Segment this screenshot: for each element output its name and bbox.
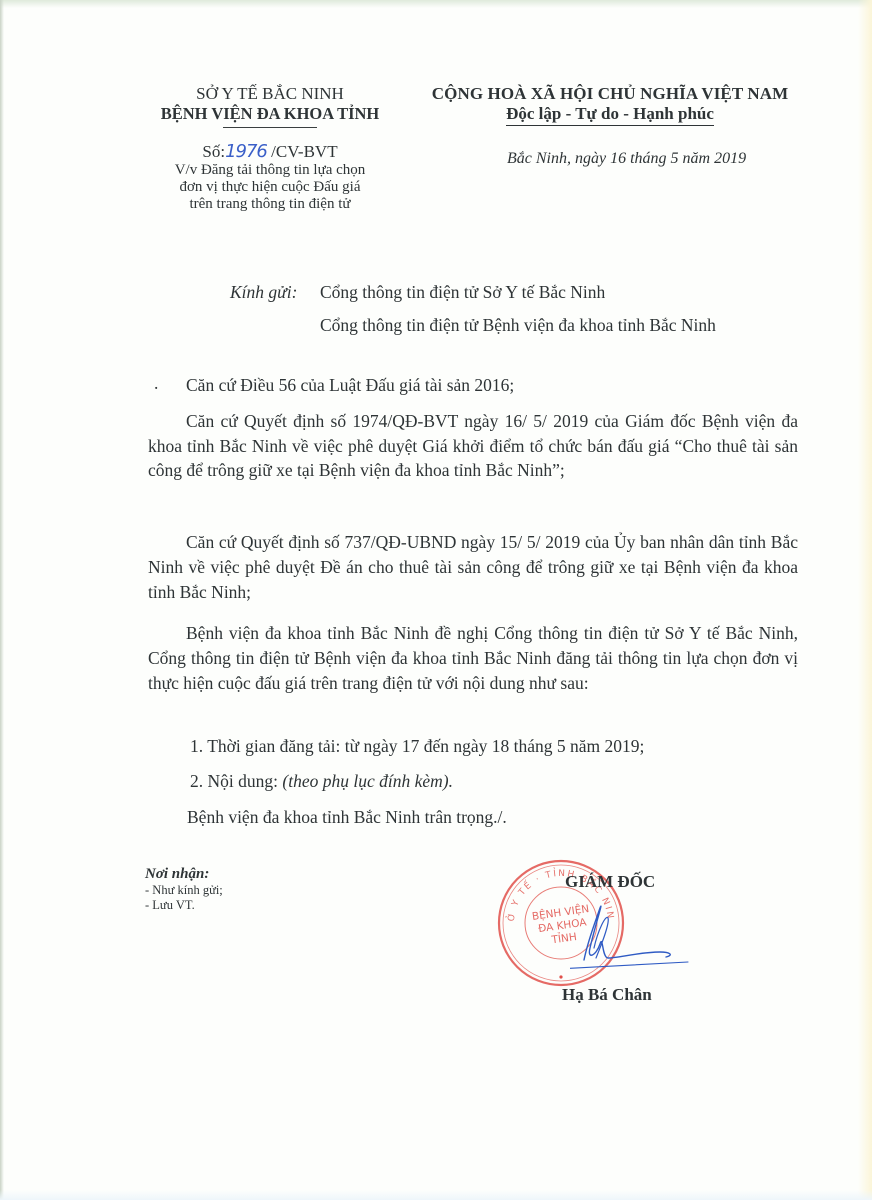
signer-name: Hạ Bá Chân [562, 985, 652, 1005]
list-note: (theo phụ lục đính kèm). [282, 771, 453, 791]
subject-line: V/v Đăng tải thông tin lựa chọn [135, 162, 405, 179]
doc-number-handwritten: 1976 [225, 141, 267, 162]
document-number: Số:1976 /CV-BVT [135, 142, 405, 162]
body-paragraph: Bệnh viện đa khoa tỉnh Bắc Ninh đề nghị … [148, 621, 798, 696]
addressee-label: Kính gửi: [230, 282, 297, 303]
organization-name: BỆNH VIỆN ĐA KHOA TỈNH [135, 104, 405, 124]
subject-line: đơn vị thực hiện cuộc Đấu giá [135, 179, 405, 196]
list-text: Thời gian đăng tải: từ ngày 17 đến ngày … [207, 736, 644, 756]
addressee: Cổng thông tin điện tử Sở Y tế Bắc Ninh [320, 282, 605, 303]
addressee: Cổng thông tin điện tử Bệnh viện đa khoa… [320, 315, 716, 336]
doc-number-prefix: Số: [202, 142, 225, 161]
doc-number-suffix: /CV-BVT [271, 142, 337, 161]
list-item: 1. Thời gian đăng tải: từ ngày 17 đến ng… [190, 736, 644, 757]
scan-edge-right [858, 0, 872, 1200]
list-number: 1. [190, 736, 203, 756]
paragraph-text: Căn cứ Quyết định số 1974/QĐ-BVT ngày 16… [148, 409, 798, 483]
list-text: Nội dung: [208, 771, 283, 791]
scan-edge-left [0, 0, 4, 1200]
list-item: 2. Nội dung: (theo phụ lục đính kèm). [190, 771, 453, 792]
distribution-item: - Như kính gửi; [145, 883, 223, 898]
distribution-title: Nơi nhận: [145, 866, 223, 883]
body-paragraph: Căn cứ Điều 56 của Luật Đấu giá tài sản … [148, 373, 798, 397]
closing-line: Bệnh viện đa khoa tỉnh Bắc Ninh trân trọ… [187, 807, 507, 828]
distribution-item: - Lưu VT. [145, 898, 223, 913]
place-date: Bắc Ninh, ngày 16 tháng 5 năm 2019 [507, 150, 746, 168]
national-motto: Độc lập - Tự do - Hạnh phúc [506, 104, 714, 126]
handwritten-signature-icon [570, 900, 690, 975]
issuer-header: SỞ Y TẾ BẮC NINH BỆNH VIỆN ĐA KHOA TỈNH … [135, 84, 405, 213]
signer-title: GIÁM ĐỐC [565, 872, 655, 892]
list-number: 2. [190, 771, 203, 791]
agency-name: SỞ Y TẾ BẮC NINH [135, 84, 405, 104]
paragraph-text: Bệnh viện đa khoa tỉnh Bắc Ninh đề nghị … [148, 621, 798, 696]
body-paragraph: Căn cứ Quyết định số 737/QĐ-UBND ngày 15… [148, 530, 798, 605]
body-paragraph: Căn cứ Quyết định số 1974/QĐ-BVT ngày 16… [148, 409, 798, 483]
header-divider [223, 127, 317, 128]
paragraph-text: Căn cứ Quyết định số 737/QĐ-UBND ngày 15… [148, 530, 798, 605]
nation-title: CỘNG HOÀ XÃ HỘI CHỦ NGHĨA VIỆT NAM [410, 84, 810, 104]
paragraph-text: Căn cứ Điều 56 của Luật Đấu giá tài sản … [148, 373, 798, 397]
subject-line: trên trang thông tin điện tử [135, 196, 405, 213]
distribution-list: Nơi nhận: - Như kính gửi; - Lưu VT. [145, 866, 223, 913]
scan-edge-bottom [0, 1190, 872, 1200]
national-header: CỘNG HOÀ XÃ HỘI CHỦ NGHĨA VIỆT NAM Độc l… [410, 84, 810, 126]
scan-edge-top [0, 0, 872, 8]
